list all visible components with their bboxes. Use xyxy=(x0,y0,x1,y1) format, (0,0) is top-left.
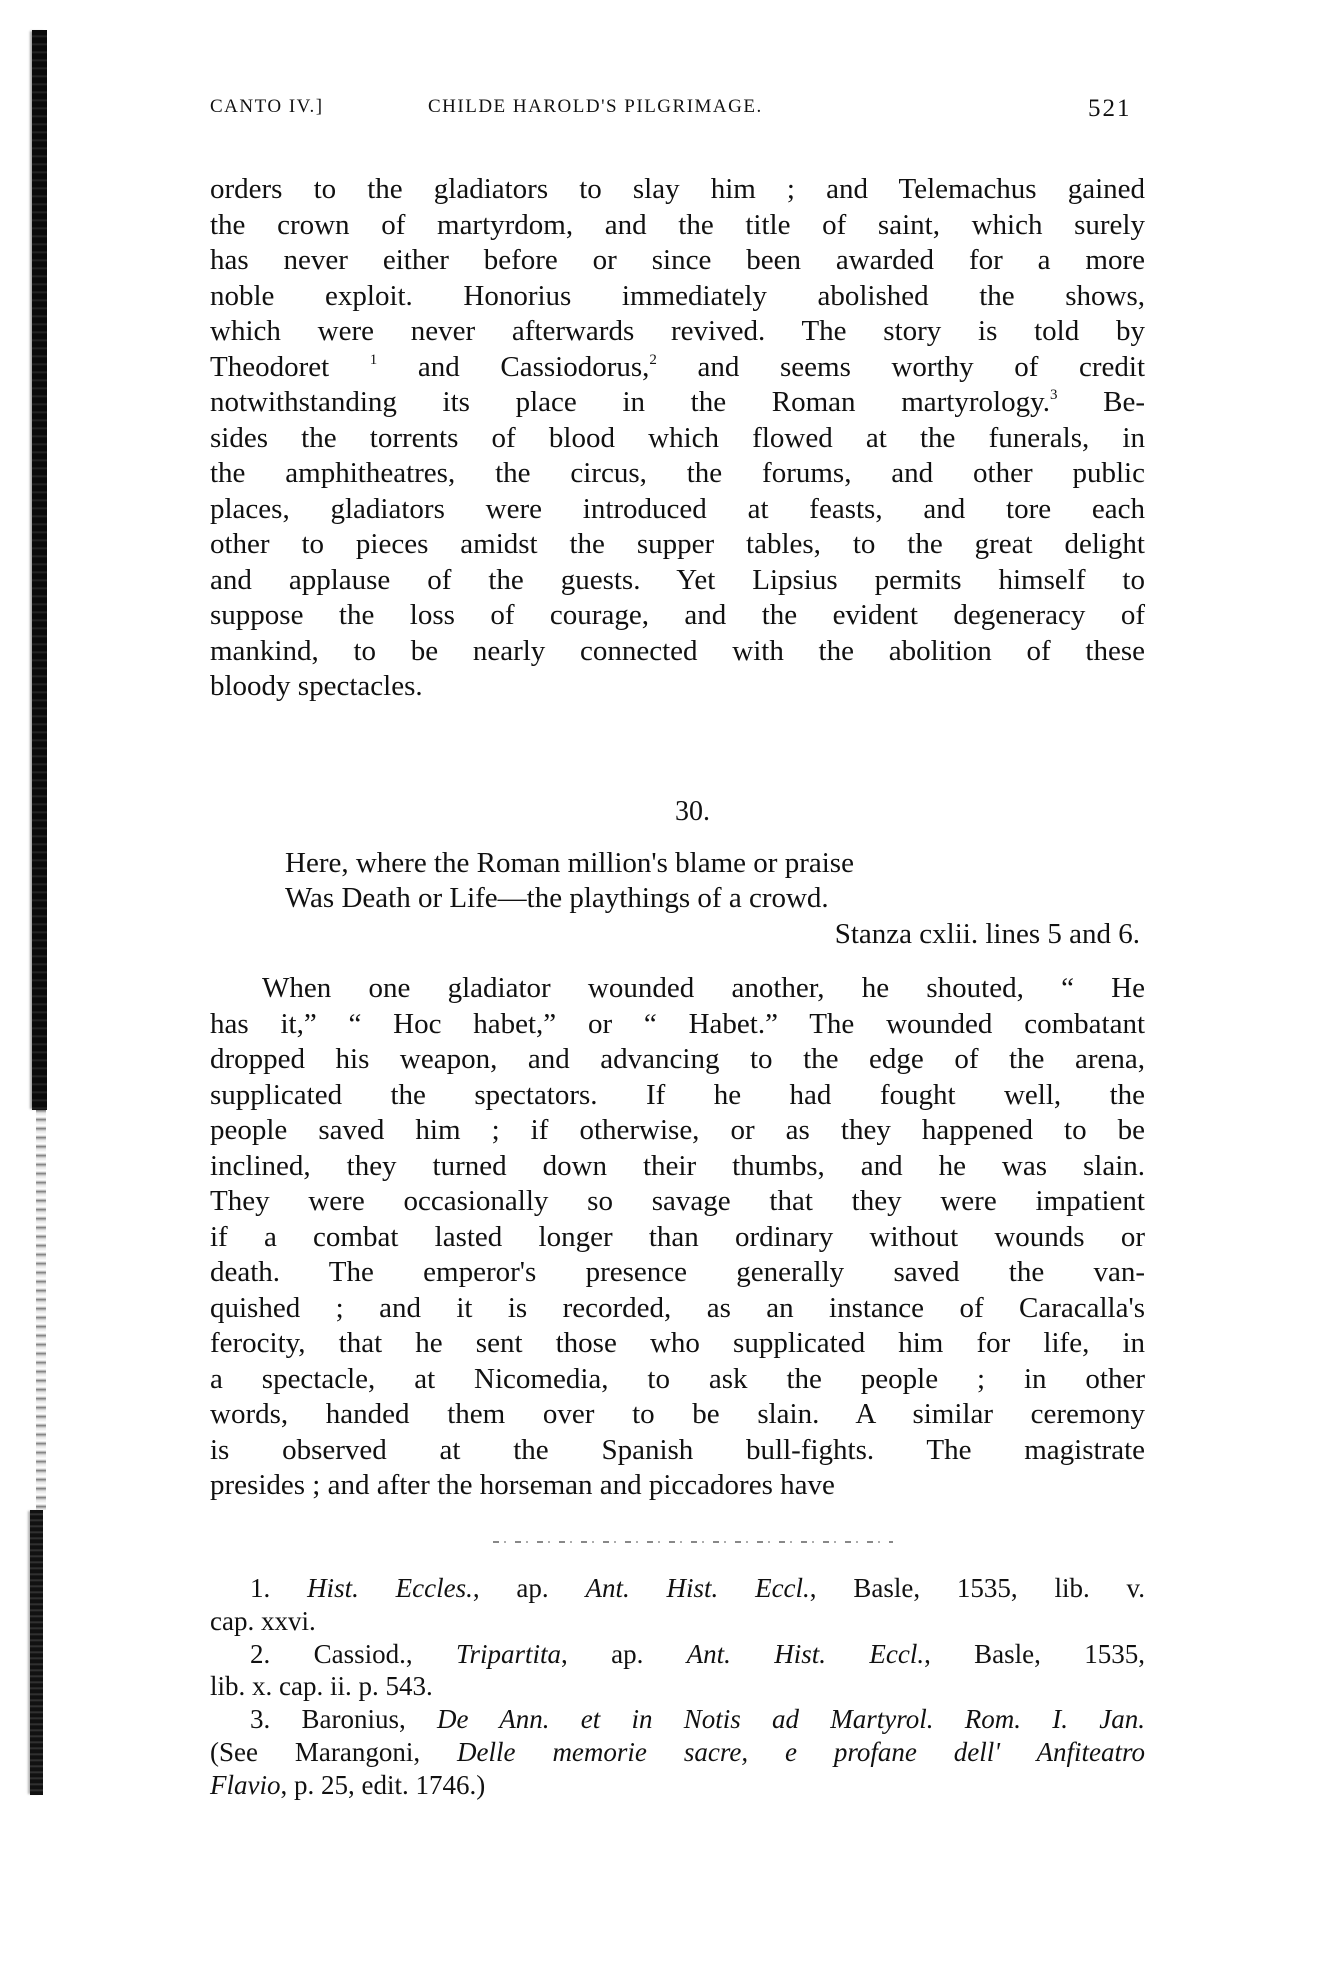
footnote-reference[interactable]: 2 xyxy=(649,352,657,368)
paragraph-gladiator-wounds: When one gladiator wounded another, he s… xyxy=(210,971,1145,1504)
text-line: if a combat lasted longer than ordinary … xyxy=(210,1220,1145,1256)
verse-line-1: Here, where the Roman million's blame or… xyxy=(285,846,854,881)
note-number: 30. xyxy=(675,796,710,828)
footnote-line: 2. Cassiod., Tripartita, ap. Ant. Hist. … xyxy=(210,1638,1145,1671)
text-line: has it,” “ Hoc habet,” or “ Habet.” The … xyxy=(210,1007,1145,1043)
text-line: noble exploit. Honorius immediately abol… xyxy=(210,279,1145,315)
footnotes: 1. Hist. Eccles., ap. Ant. Hist. Eccl., … xyxy=(210,1572,1145,1802)
footnote-line: Flavio, p. 25, edit. 1746.) xyxy=(210,1769,1145,1802)
footnote-line: (See Marangoni, Delle memorie sacre, e p… xyxy=(210,1736,1145,1769)
text-line: the amphitheatres, the circus, the forum… xyxy=(210,456,1145,492)
text-line: bloody spectacles. xyxy=(210,669,1145,705)
text-line: people saved him ; if otherwise, or as t… xyxy=(210,1113,1145,1149)
text-line: other to pieces amidst the supper tables… xyxy=(210,527,1145,563)
footnote-reference[interactable]: 3 xyxy=(1050,387,1058,403)
footnote-3: 3. Baronius, De Ann. et in Notis ad Mart… xyxy=(210,1703,1145,1801)
footnote-line: 3. Baronius, De Ann. et in Notis ad Mart… xyxy=(210,1703,1145,1736)
text-line: supplicated the spectators. If he had fo… xyxy=(210,1078,1145,1114)
text-line: which were never afterwards revived. The… xyxy=(210,314,1145,350)
verse-line-2: Was Death or Life—the playthings of a cr… xyxy=(285,881,854,916)
text-line: places, gladiators were introduced at fe… xyxy=(210,492,1145,528)
text-line: ferocity, that he sent those who supplic… xyxy=(210,1326,1145,1362)
text-line: They were occasionally so savage that th… xyxy=(210,1184,1145,1220)
verse-citation: Stanza cxlii. lines 5 and 6. xyxy=(835,918,1140,951)
footnote-2: 2. Cassiod., Tripartita, ap. Ant. Hist. … xyxy=(210,1638,1145,1704)
footnote-line: lib. x. cap. ii. p. 543. xyxy=(210,1670,1145,1703)
footnote-line: cap. xxvi. xyxy=(210,1605,1145,1638)
text-line: death. The emperor's presence generally … xyxy=(210,1255,1145,1291)
text-line: the crown of martyrdom, and the title of… xyxy=(210,208,1145,244)
text-line: Theodoret 1 and Cassiodorus,2 and seems … xyxy=(210,350,1145,386)
text-line: words, handed them over to be slain. A s… xyxy=(210,1397,1145,1433)
text-line: a spectacle, at Nicomedia, to ask the pe… xyxy=(210,1362,1145,1398)
running-head-title: Childe Harold's Pilgrimage. xyxy=(428,96,763,118)
scan-binding-edge-faded xyxy=(36,1110,46,1510)
footnote-separator xyxy=(493,1541,893,1543)
text-line: quished ; and it is recorded, as an inst… xyxy=(210,1291,1145,1327)
text-line: dropped his weapon, and advancing to the… xyxy=(210,1042,1145,1078)
text-line: suppose the loss of courage, and the evi… xyxy=(210,598,1145,634)
text-line: presides ; and after the horseman and pi… xyxy=(210,1468,1145,1504)
running-head-canto: Canto IV.] xyxy=(210,96,324,118)
paragraph-telemachus: orders to the gladiators to slay him ; a… xyxy=(210,172,1145,705)
text-line: has never either before or since been aw… xyxy=(210,243,1145,279)
text-line: inclined, they turned down their thumbs,… xyxy=(210,1149,1145,1185)
text-line: notwithstanding its place in the Roman m… xyxy=(210,385,1145,421)
text-line: When one gladiator wounded another, he s… xyxy=(210,971,1145,1007)
running-head: Canto IV.] Childe Harold's Pilgrimage. 5… xyxy=(210,96,1145,126)
page-number: 521 xyxy=(1088,95,1132,123)
text-line: is observed at the Spanish bull-fights. … xyxy=(210,1433,1145,1469)
scan-binding-edge-top xyxy=(32,30,47,1110)
text-line: mankind, to be nearly connected with the… xyxy=(210,634,1145,670)
text-line: sides the torrents of blood which flowed… xyxy=(210,421,1145,457)
verse-quotation: Here, where the Roman million's blame or… xyxy=(285,846,854,916)
text-line: orders to the gladiators to slay him ; a… xyxy=(210,172,1145,208)
footnote-1: 1. Hist. Eccles., ap. Ant. Hist. Eccl., … xyxy=(210,1572,1145,1638)
footnote-line: 1. Hist. Eccles., ap. Ant. Hist. Eccl., … xyxy=(210,1572,1145,1605)
footnote-reference[interactable]: 1 xyxy=(370,352,378,368)
scan-binding-edge-bottom xyxy=(30,1510,43,1795)
text-line: and applause of the guests. Yet Lipsius … xyxy=(210,563,1145,599)
